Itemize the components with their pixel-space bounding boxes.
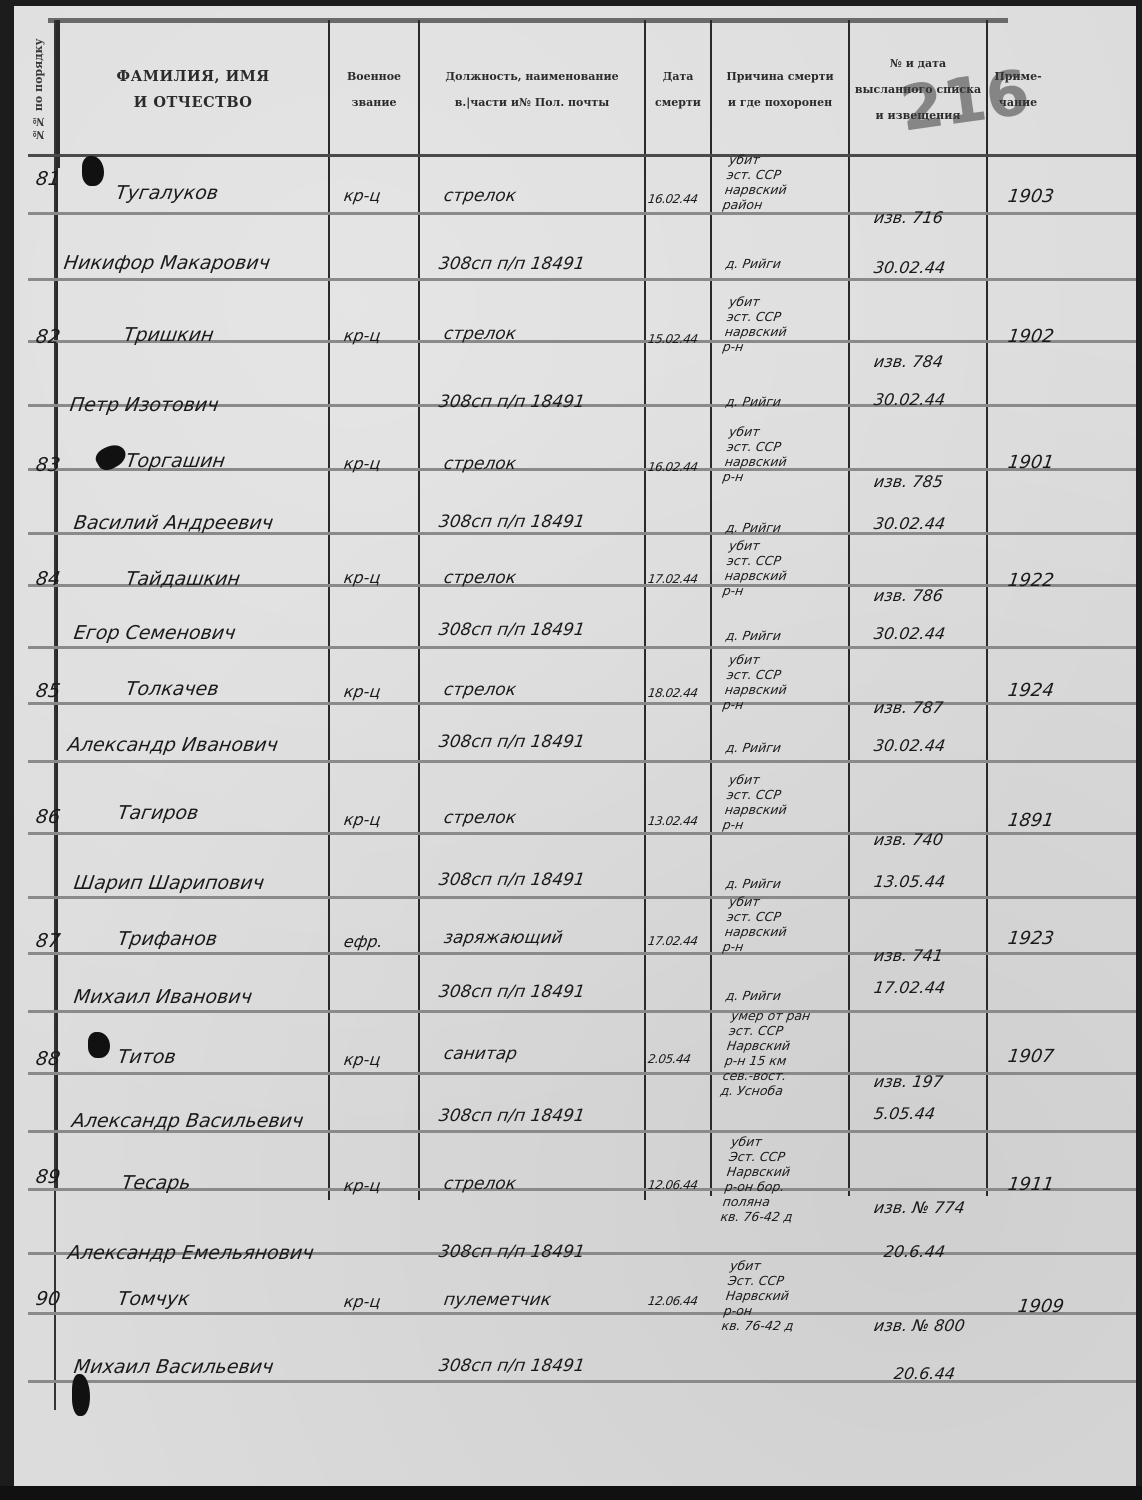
name-header: ФАМИЛИЯ, ИМЯИ ОТЧЕСТВО — [58, 22, 328, 158]
order-number-header: №№ по порядку — [32, 26, 56, 154]
cause-header: Причина смертии где похоронен — [712, 22, 848, 158]
date-header: Датасмерти — [646, 22, 710, 158]
position-header: Должность, наименованиев.|части и№ Пол. … — [420, 22, 644, 158]
rank-header: Военноезвание — [330, 22, 418, 158]
scan-edge — [0, 1486, 1142, 1500]
register-page: №№ по порядку ФАМИЛИЯ, ИМЯИ ОТЧЕСТВО Вое… — [14, 6, 1136, 1492]
